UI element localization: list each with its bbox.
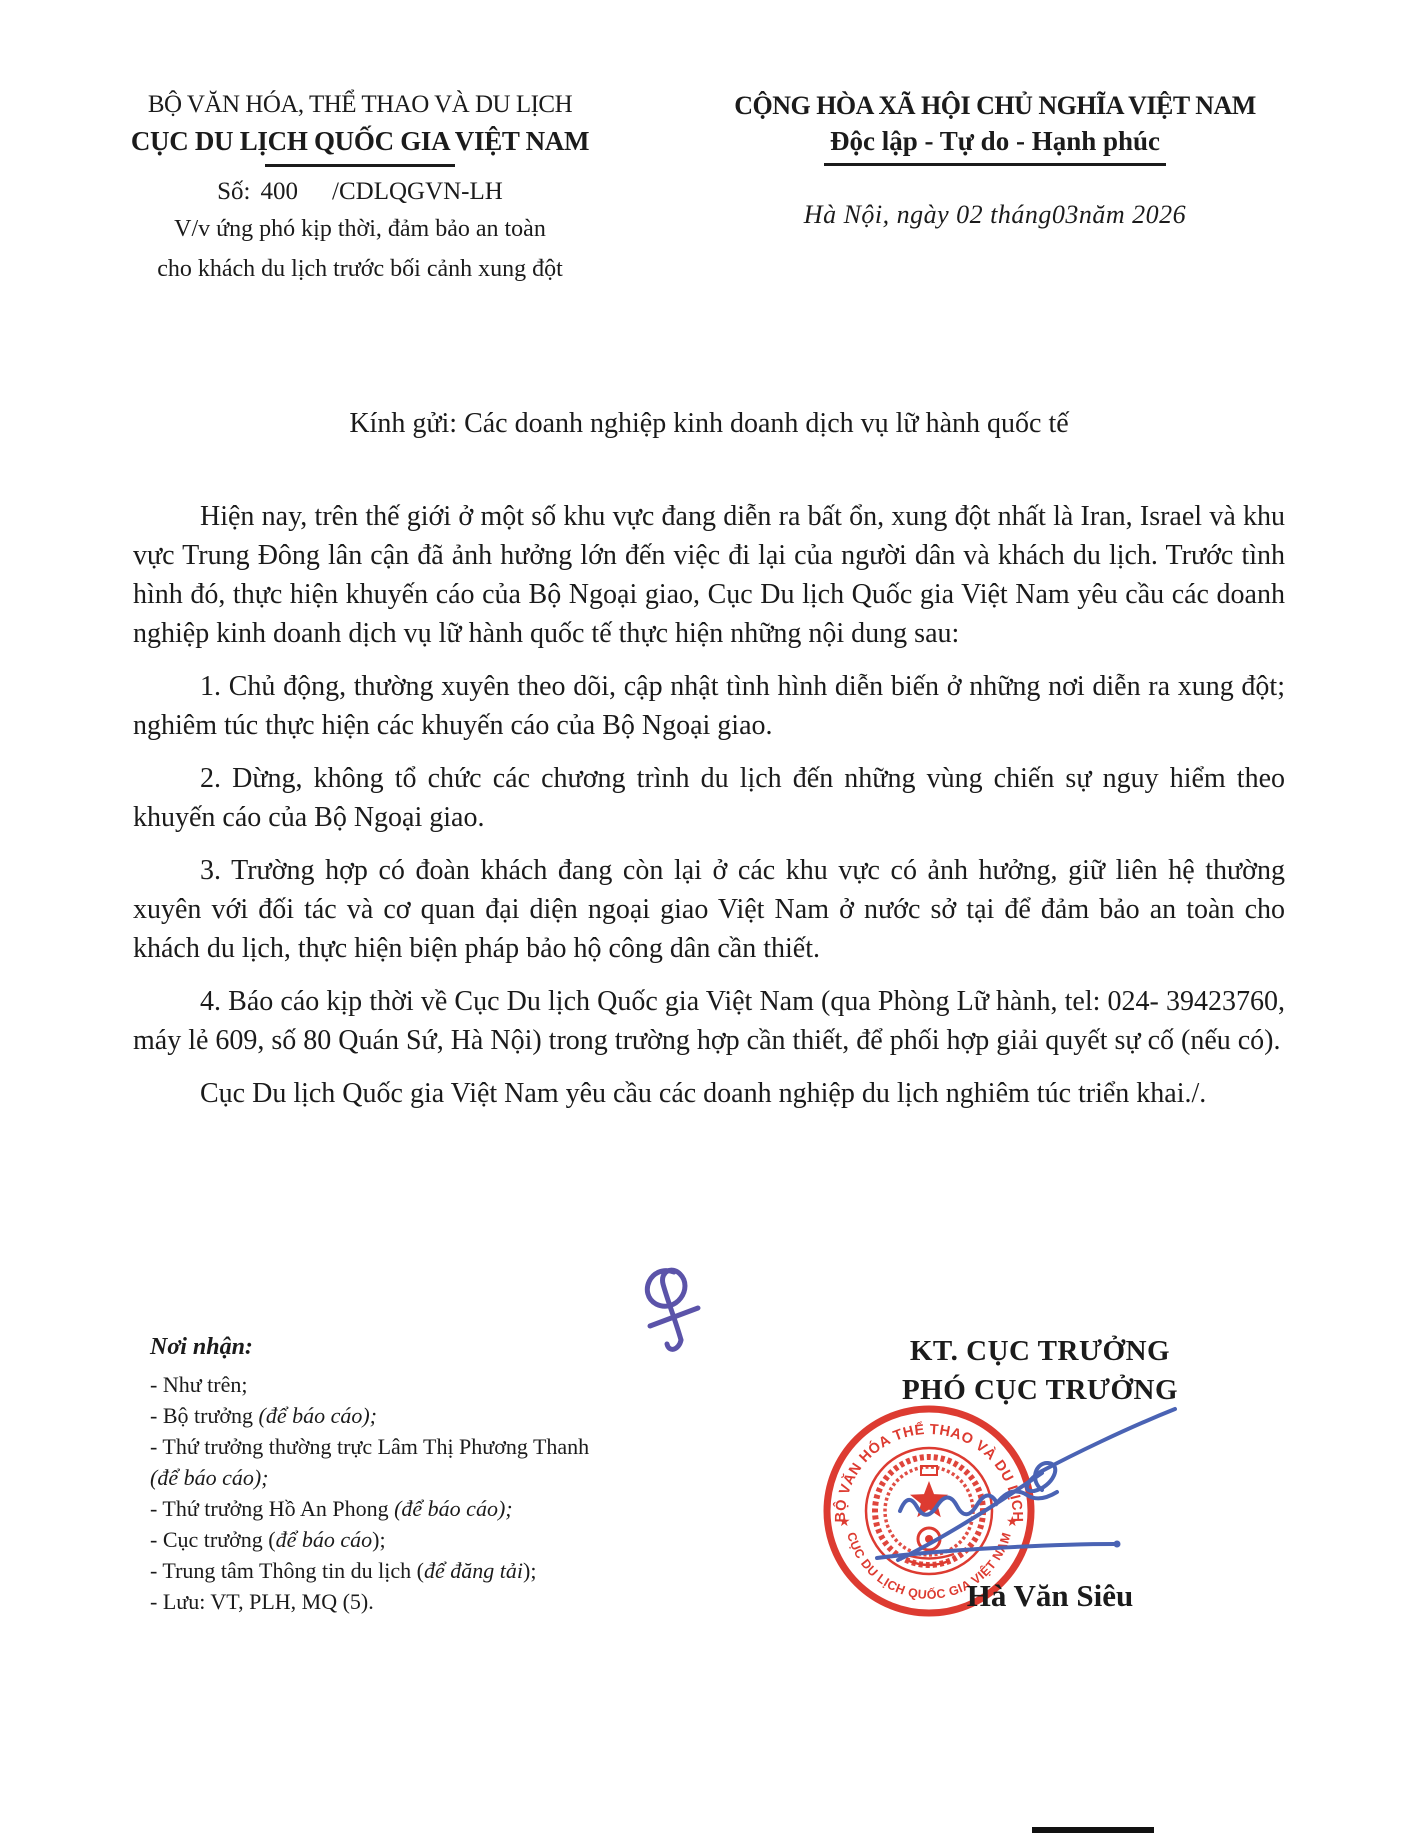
paragraph-closing: Cục Du lịch Quốc gia Việt Nam yêu cầu cá… [133, 1074, 1285, 1113]
recipient-text: - Như trên; [150, 1372, 247, 1397]
country-motto-title: CỘNG HÒA XÃ HỘI CHỦ NGHĨA VIỆT NAM [665, 88, 1325, 124]
signature-title-block: KT. CỤC TRƯỞNG PHÓ CỤC TRƯỞNG [790, 1332, 1290, 1410]
national-motto: Độc lập - Tự do - Hạnh phúc [824, 124, 1166, 166]
signer-name: Hà Văn Siêu [850, 1578, 1250, 1614]
recipient-text: - Thứ trưởng Hồ An Phong [150, 1496, 394, 1521]
recipient-note: (để báo cáo); [394, 1496, 513, 1521]
recipient-text: - Cục trưởng ( [150, 1527, 276, 1552]
document-number-value: 400 [261, 178, 299, 205]
ministry-name: BỘ VĂN HÓA, THỂ THAO VÀ DU LỊCH [70, 88, 650, 122]
bottom-scan-bar [1032, 1827, 1154, 1833]
paragraph-item-3: 3. Trường hợp có đoàn khách đang còn lại… [133, 851, 1285, 968]
recipient-note: để báo cáo [276, 1527, 373, 1552]
salutation-line: Kính gửi: Các doanh nghiệp kinh doanh dị… [133, 408, 1285, 440]
agency-underline [265, 164, 455, 167]
recipient-text: - Bộ trưởng [150, 1403, 259, 1428]
paragraph-item-1: 1. Chủ động, thường xuyên theo dõi, cập … [133, 667, 1285, 745]
recipients-block: Nơi nhận: - Như trên; - Bộ trưởng (để bá… [150, 1334, 710, 1617]
recipient-item: (để báo cáo); [150, 1462, 710, 1493]
document-number-line: Số:400/CDLQGVN-LH [70, 175, 650, 209]
document-number-label: Số: [217, 178, 250, 205]
paragraph-intro: Hiện nay, trên thế giới ở một số khu vực… [133, 497, 1285, 653]
document-number-suffix: /CDLQGVN-LH [332, 178, 503, 205]
recipient-item: - Thứ trưởng thường trực Lâm Thị Phương … [150, 1431, 710, 1462]
recipient-text-post: ); [372, 1527, 385, 1552]
signer-authority-line1: KT. CỤC TRƯỞNG [790, 1332, 1290, 1371]
recipients-title: Nơi nhận: [150, 1334, 710, 1361]
issuing-agency-block: BỘ VĂN HÓA, THỂ THAO VÀ DU LỊCH CỤC DU L… [70, 88, 650, 289]
recipient-note: (để báo cáo); [150, 1465, 269, 1490]
recipient-note: để đăng tải [424, 1558, 523, 1583]
recipient-text: - Trung tâm Thông tin du lịch ( [150, 1558, 424, 1583]
recipient-item: - Như trên; [150, 1369, 710, 1400]
recipient-item: - Thứ trưởng Hồ An Phong (để báo cáo); [150, 1493, 710, 1524]
body-text: Hiện nay, trên thế giới ở một số khu vực… [133, 497, 1285, 1127]
document-page: BỘ VĂN HÓA, THỂ THAO VÀ DU LỊCH CỤC DU L… [0, 0, 1407, 1833]
paragraph-item-4: 4. Báo cáo kịp thời về Cục Du lịch Quốc … [133, 982, 1285, 1060]
place-dateline: Hà Nội, ngày 02 tháng03năm 2026 [665, 200, 1325, 230]
recipient-text: - Thứ trưởng thường trực Lâm Thị Phương … [150, 1434, 589, 1459]
agency-name: CỤC DU LỊCH QUỐC GIA VIỆT NAM [70, 122, 650, 160]
recipient-text: - Lưu: VT, PLH, MQ (5). [150, 1589, 374, 1614]
recipient-item: - Lưu: VT, PLH, MQ (5). [150, 1586, 710, 1617]
subject-line-1: V/v ứng phó kịp thời, đảm bảo an toàn [70, 209, 650, 249]
recipient-item: - Bộ trưởng (để báo cáo); [150, 1400, 710, 1431]
recipient-text-post: ); [523, 1558, 536, 1583]
paragraph-item-2: 2. Dừng, không tổ chức các chương trình … [133, 759, 1285, 837]
recipient-note: (để báo cáo); [259, 1403, 378, 1428]
recipient-item: - Cục trưởng (để báo cáo); [150, 1524, 710, 1555]
national-header-block: CỘNG HÒA XÃ HỘI CHỦ NGHĨA VIỆT NAM Độc l… [665, 88, 1325, 230]
recipient-item: - Trung tâm Thông tin du lịch (để đăng t… [150, 1555, 710, 1586]
subject-line-2: cho khách du lịch trước bối cảnh xung độ… [70, 249, 650, 289]
